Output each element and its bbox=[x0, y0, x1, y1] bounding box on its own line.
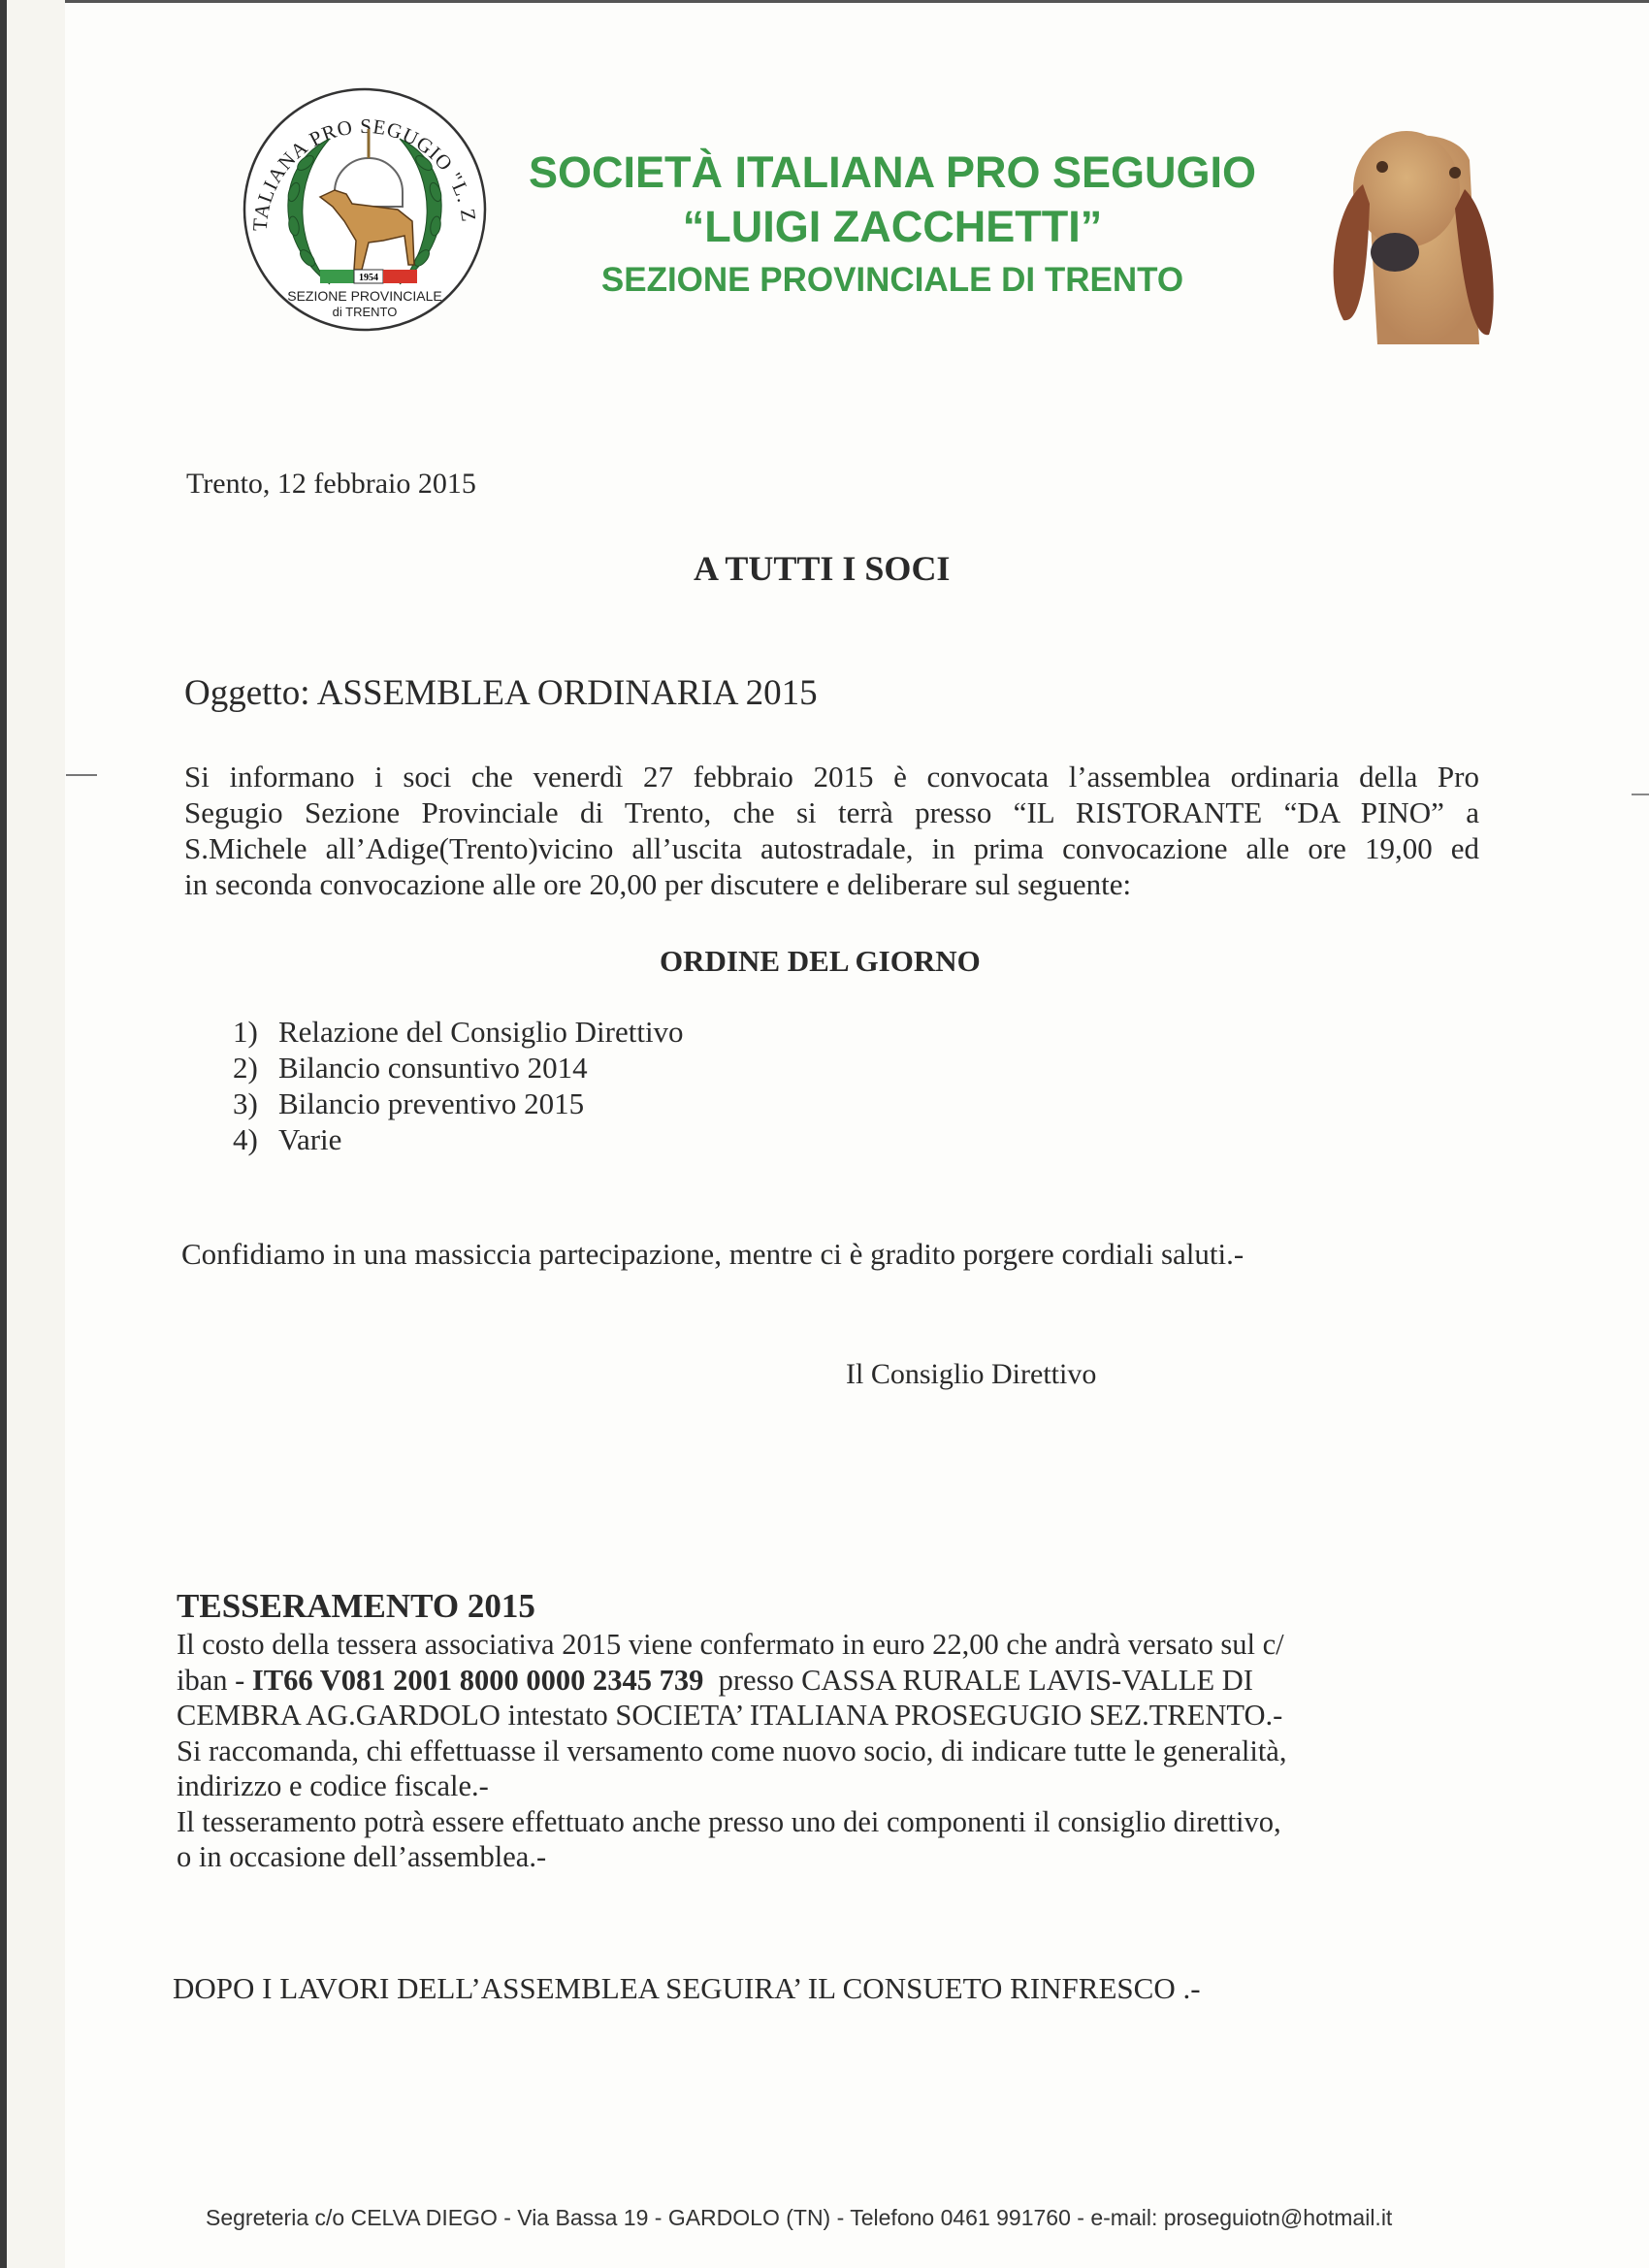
membership-line: iban - IT66 V081 2001 8000 0000 2345 739… bbox=[177, 1663, 1457, 1699]
segugio-dog-photo-icon bbox=[1309, 112, 1508, 349]
svg-text:di TRENTO: di TRENTO bbox=[333, 305, 398, 319]
hound-wreath-emblem-icon: SOCIETA' ITALIANA PRO SEGUGIO "L. ZACCHE… bbox=[238, 85, 492, 333]
agenda-item: 4)Varie bbox=[233, 1121, 684, 1157]
body-line: Segugio Sezione Provinciale di Trento, c… bbox=[184, 794, 1479, 830]
letter-date: Trento, 12 febbraio 2015 bbox=[186, 468, 476, 501]
letter-recipients: A TUTTI I SOCI bbox=[694, 548, 950, 589]
org-section: SEZIONE PROVINCIALE DI TRENTO bbox=[504, 256, 1280, 305]
scan-border-top bbox=[0, 0, 1649, 3]
org-name: SOCIETÀ ITALIANA PRO SEGUGIO bbox=[504, 146, 1280, 200]
membership-line: Si raccomanda, chi effettuasse il versam… bbox=[177, 1733, 1457, 1769]
letter-subject: Oggetto: ASSEMBLEA ORDINARIA 2015 bbox=[184, 672, 818, 714]
scan-shadow-left bbox=[7, 0, 65, 2268]
membership-line: Il costo della tessera associativa 2015 … bbox=[177, 1627, 1457, 1663]
agenda-list: 1)Relazione del Consiglio Direttivo 2)Bi… bbox=[233, 1014, 684, 1157]
fold-mark-left bbox=[66, 774, 97, 776]
membership-line: indirizzo e codice fiscale.- bbox=[177, 1768, 1457, 1804]
svg-text:SEZIONE PROVINCIALE: SEZIONE PROVINCIALE bbox=[287, 288, 441, 304]
body-line: S.Michele all’Adige(Trento)vicino all’us… bbox=[184, 830, 1479, 866]
membership-title: TESSERAMENTO 2015 bbox=[177, 1587, 535, 1626]
fold-mark-right bbox=[1632, 794, 1649, 795]
membership-text: Il costo della tessera associativa 2015 … bbox=[177, 1627, 1457, 1875]
letter-body: Si informano i soci che venerdì 27 febbr… bbox=[184, 759, 1479, 902]
membership-line: CEMBRA AG.GARDOLO intestato SOCIETA’ ITA… bbox=[177, 1698, 1457, 1733]
svg-text:1954: 1954 bbox=[359, 273, 378, 283]
after-meeting-note: DOPO I LAVORI DELL’ASSEMBLEA SEGUIRA’ IL… bbox=[173, 1971, 1201, 2006]
letter-signature: Il Consiglio Direttivo bbox=[846, 1358, 1096, 1391]
agenda-item: 1)Relazione del Consiglio Direttivo bbox=[233, 1014, 684, 1050]
iban-code: IT66 V081 2001 8000 0000 2345 739 bbox=[252, 1664, 703, 1697]
body-line: in seconda convocazione alle ore 20,00 p… bbox=[184, 866, 1479, 902]
agenda-item: 2)Bilancio consuntivo 2014 bbox=[233, 1050, 684, 1085]
membership-line: Il tesseramento potrà essere effettuato … bbox=[177, 1804, 1457, 1840]
footer-contact: Segreteria c/o CELVA DIEGO - Via Bassa 1… bbox=[206, 2205, 1392, 2231]
membership-line: o in occasione dell’assemblea.- bbox=[177, 1839, 1457, 1875]
letter-closing: Confidiamo in una massiccia partecipazio… bbox=[181, 1237, 1244, 1272]
scan-border-left bbox=[0, 0, 7, 2268]
agenda-title: ORDINE DEL GIORNO bbox=[660, 944, 981, 979]
organization-header: SOCIETÀ ITALIANA PRO SEGUGIO “LUIGI ZACC… bbox=[504, 146, 1280, 305]
org-subname: “LUIGI ZACCHETTI” bbox=[504, 200, 1280, 254]
body-line: Si informano i soci che venerdì 27 febbr… bbox=[184, 759, 1479, 794]
agenda-item: 3)Bilancio preventivo 2015 bbox=[233, 1085, 684, 1121]
